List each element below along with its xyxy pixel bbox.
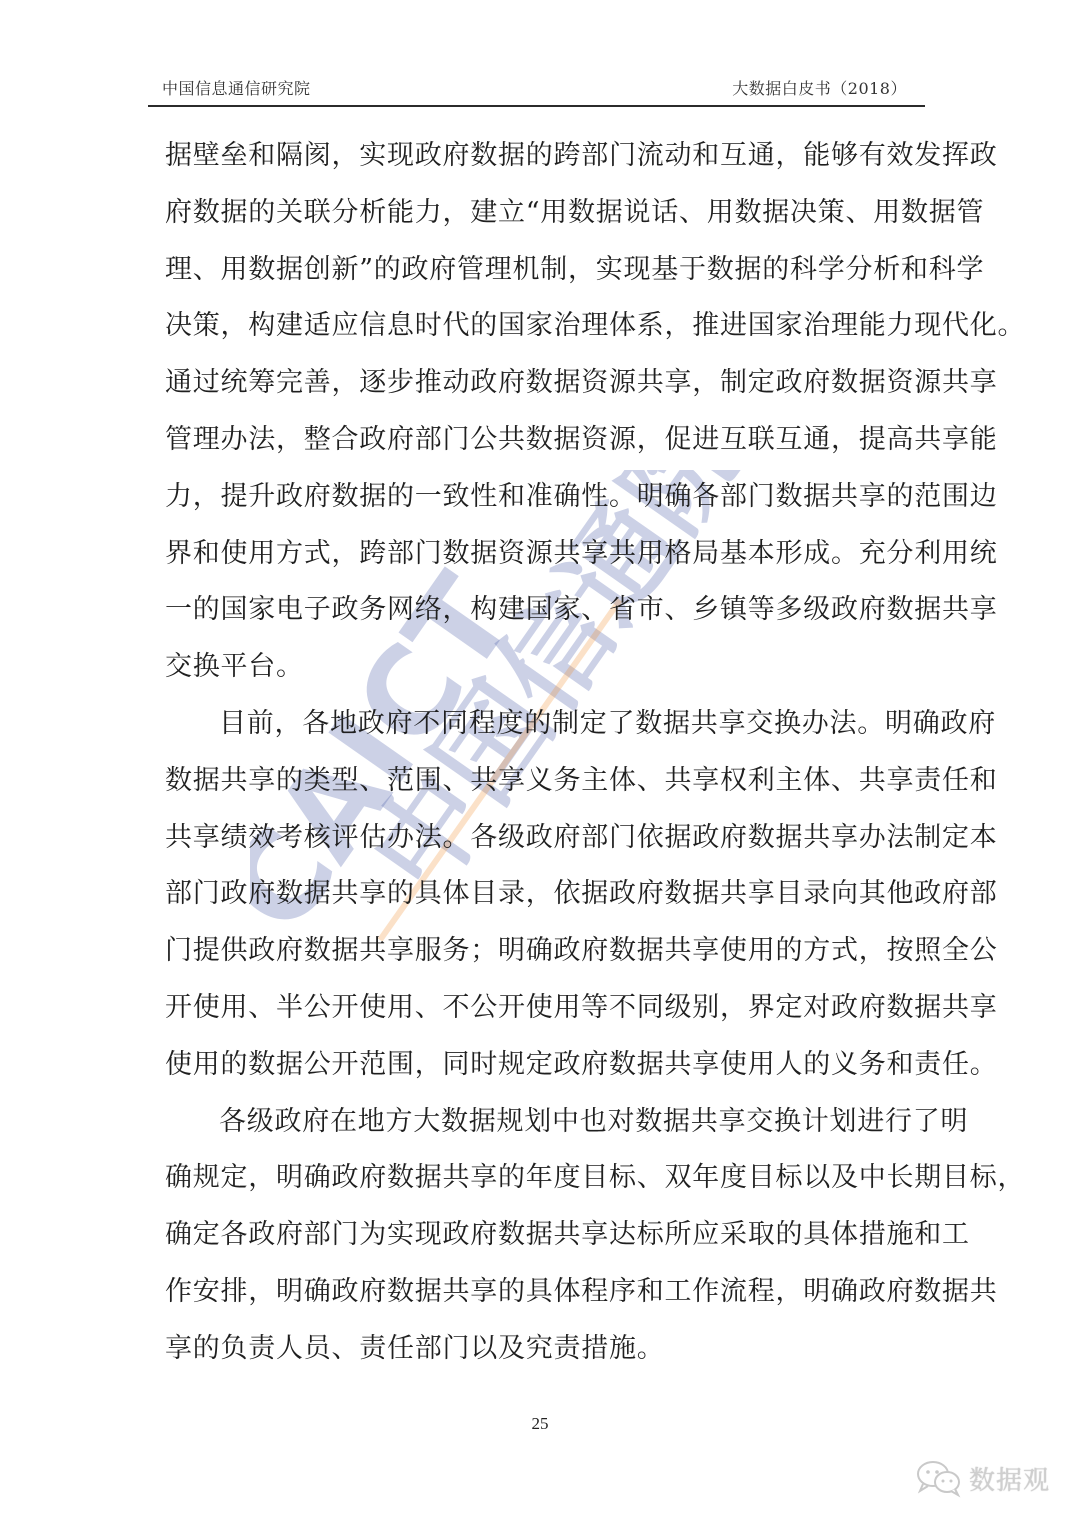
page-number: 25 (0, 1414, 1080, 1434)
text-line: 开使用、半公开使用、不公开使用等不同级别，界定对政府数据共享 (165, 980, 921, 1037)
text-line: 共享绩效考核评估办法。各级政府部门依据政府数据共享办法制定本 (165, 810, 921, 867)
body-text: 据壁垒和隔阂，实现政府数据的跨部门流动和互通，能够有效发挥政 府数据的关联分析能… (165, 128, 921, 1378)
text-line: 力，提升政府数据的一致性和准确性。明确各部门数据共享的范围边 (165, 469, 921, 526)
text-line: 界和使用方式，跨部门数据资源共享共用格局基本形成。充分利用统 (165, 526, 921, 583)
page-header: 中国信息通信研究院 大数据白皮书（2018） (148, 74, 925, 108)
text-line: 使用的数据公开范围，同时规定政府数据共享使用人的义务和责任。 (165, 1037, 921, 1094)
wechat-account-signature: 数据观 (915, 1455, 1050, 1501)
header-organization: 中国信息通信研究院 (162, 76, 311, 99)
header-divider (148, 105, 925, 107)
text-line: 理、用数据创新”的政府管理机制，实现基于数据的科学分析和科学 (165, 242, 921, 299)
header-document-title: 大数据白皮书（2018） (732, 76, 907, 99)
text-line: 确规定，明确政府数据共享的年度目标、双年度目标以及中长期目标， (165, 1150, 921, 1207)
text-line: 通过统筹完善，逐步推动政府数据资源共享，制定政府数据资源共享 (165, 355, 921, 412)
account-name: 数据观 (969, 1460, 1050, 1497)
wechat-icon (915, 1458, 963, 1498)
text-line: 部门政府数据共享的具体目录，依据政府数据共享目录向其他政府部 (165, 866, 921, 923)
text-line: 确定各政府部门为实现政府数据共享达标所应采取的具体措施和工 (165, 1207, 921, 1264)
text-line: 一的国家电子政务网络，构建国家、省市、乡镇等多级政府数据共享 (165, 582, 921, 639)
text-line: 交换平台。 (165, 639, 921, 696)
text-line: 决策，构建适应信息时代的国家治理体系，推进国家治理能力现代化。 (165, 298, 921, 355)
paragraph-start-line: 各级政府在地方大数据规划中也对数据共享交换计划进行了明 (165, 1094, 921, 1151)
text-line: 作安排，明确政府数据共享的具体程序和工作流程，明确政府数据共 (165, 1264, 921, 1321)
text-line: 管理办法，整合政府部门公共数据资源，促进互联互通，提高共享能 (165, 412, 921, 469)
text-line: 数据共享的类型、范围、共享义务主体、共享权利主体、共享责任和 (165, 753, 921, 810)
paragraph-start-line: 目前，各地政府不同程度的制定了数据共享交换办法。明确政府 (165, 696, 921, 753)
text-line: 府数据的关联分析能力，建立“用数据说话、用数据决策、用数据管 (165, 185, 921, 242)
text-line: 据壁垒和隔阂，实现政府数据的跨部门流动和互通，能够有效发挥政 (165, 128, 921, 185)
text-line: 门提供政府数据共享服务；明确政府数据共享使用的方式，按照全公 (165, 923, 921, 980)
text-line: 享的负责人员、责任部门以及究责措施。 (165, 1321, 921, 1378)
